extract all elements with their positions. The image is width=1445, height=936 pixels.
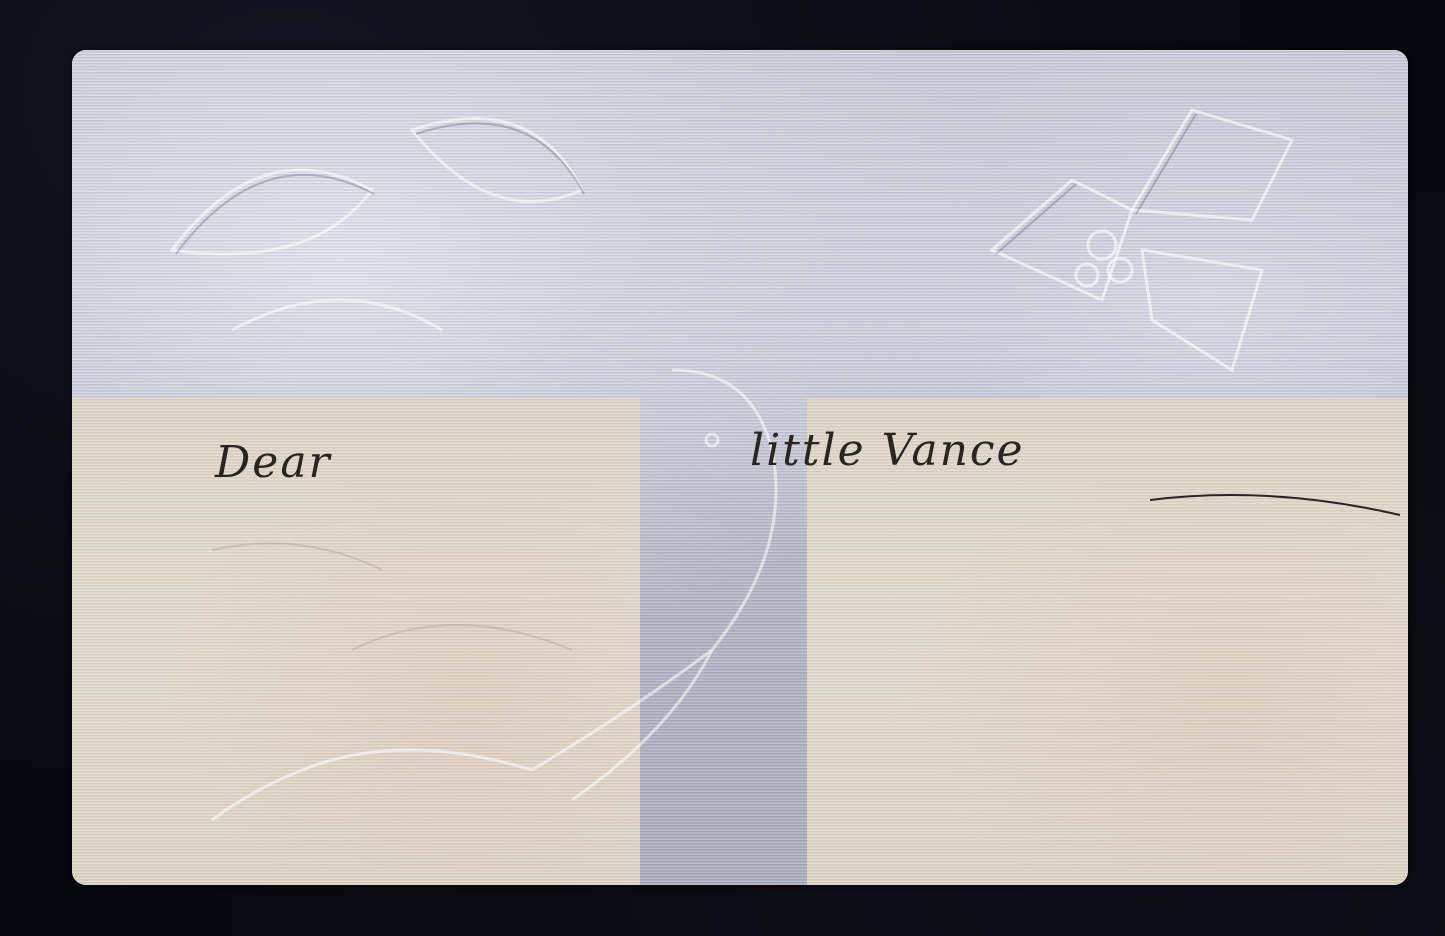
pen-flourish-icon	[1150, 480, 1410, 530]
handwritten-name: little Vance	[750, 425, 1025, 476]
handwritten-greeting: Dear	[215, 437, 332, 488]
holly-branch-icon	[932, 70, 1352, 410]
holly-leaf-icon	[112, 70, 632, 390]
